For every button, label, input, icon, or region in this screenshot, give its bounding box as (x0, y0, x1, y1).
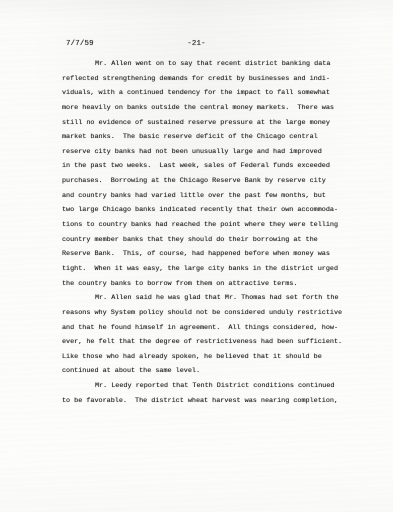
text-line: tight. When it was easy, the large city … (62, 262, 358, 277)
paragraph: Mr. Allen said he was glad that Mr. Thom… (62, 291, 358, 379)
text-line: still no evidence of sustained reserve p… (62, 116, 358, 131)
text-line: reserve city banks had not been unusuall… (62, 145, 358, 160)
text-line: the country banks to borrow from them on… (62, 277, 358, 292)
paragraph: Mr. Allen went on to say that recent dis… (62, 57, 358, 291)
document-body: Mr. Allen went on to say that recent dis… (62, 57, 358, 408)
text-line: and country banks had varied little over… (62, 189, 358, 204)
paragraph: Mr. Leedy reported that Tenth District c… (62, 379, 358, 408)
text-line: Like those who had already spoken, he be… (62, 350, 358, 365)
text-line: reflected strengthening demands for cred… (62, 72, 358, 87)
text-line: reasons why System policy should not be … (62, 306, 358, 321)
text-line: market banks. The basic reserve deficit … (62, 130, 358, 145)
text-line: two large Chicago banks indicated recent… (62, 203, 358, 218)
text-line: Reserve Bank. This, of course, had happe… (62, 247, 358, 262)
text-line: continued at about the same level. (62, 364, 358, 379)
text-line: in the past two weeks. Last week, sales … (62, 159, 358, 174)
text-line: country member banks that they should do… (62, 233, 358, 248)
text-line: purchases. Borrowing at the Chicago Rese… (62, 174, 358, 189)
text-line: Mr. Leedy reported that Tenth District c… (62, 379, 358, 394)
text-line: Mr. Allen went on to say that recent dis… (62, 57, 358, 72)
text-line: tions to country banks had reached the p… (62, 218, 358, 233)
page-number: -21- (0, 40, 393, 48)
text-line: ever, he felt that the degree of restric… (62, 335, 358, 350)
text-line: to be favorable. The district wheat harv… (62, 394, 358, 409)
document-page: 7/7/59 -21- Mr. Allen went on to say tha… (0, 0, 393, 512)
text-line: more heavily on banks outside the centra… (62, 101, 358, 116)
text-line: and that he found himself in agreement. … (62, 321, 358, 336)
text-line: viduals, with a continued tendency for t… (62, 86, 358, 101)
text-line: Mr. Allen said he was glad that Mr. Thom… (62, 291, 358, 306)
